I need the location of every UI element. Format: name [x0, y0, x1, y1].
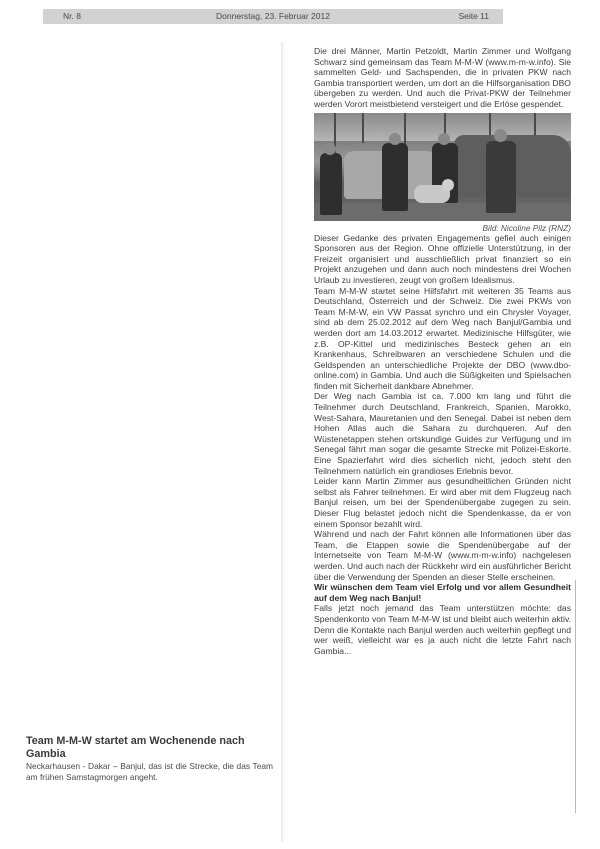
page-number: Seite 11: [458, 11, 489, 21]
teaser-article: Team M-M-W startet am Wochenende nach Ga…: [26, 735, 273, 782]
teaser-text: Neckarhausen - Dakar – Banjul, das ist d…: [26, 761, 273, 782]
page-header-bar: Nr. 8 Donnerstag, 23. Februar 2012 Seite…: [43, 9, 503, 24]
closing-wish: Wir wünschen dem Team viel Erfolg und vo…: [314, 582, 571, 603]
paragraph: Dieser Gedanke des privaten Engagements …: [314, 233, 571, 286]
closing-paragraph: Falls jetzt noch jemand das Team unterst…: [314, 603, 571, 656]
column-shadow-divider: [281, 42, 285, 842]
article-photo: [314, 113, 571, 221]
article-intro: Die drei Männer, Martin Petzoldt, Martin…: [314, 46, 571, 110]
column-rule: [575, 580, 576, 813]
teaser-headline: Team M-M-W startet am Wochenende nach Ga…: [26, 735, 273, 760]
issue-date: Donnerstag, 23. Februar 2012: [43, 11, 503, 21]
paragraph: Der Weg nach Gambia ist ca. 7.000 km lan…: [314, 391, 571, 476]
article-body: Die drei Männer, Martin Petzoldt, Martin…: [314, 46, 571, 656]
photo-caption: Bild: Nicoline Pilz (RNZ): [314, 223, 571, 233]
paragraph: Leider kann Martin Zimmer aus gesundheit…: [314, 476, 571, 529]
paragraph: Team M-M-W startet seine Hilfsfahrt mit …: [314, 286, 571, 392]
paragraph: Während und nach der Fahrt können alle I…: [314, 529, 571, 582]
